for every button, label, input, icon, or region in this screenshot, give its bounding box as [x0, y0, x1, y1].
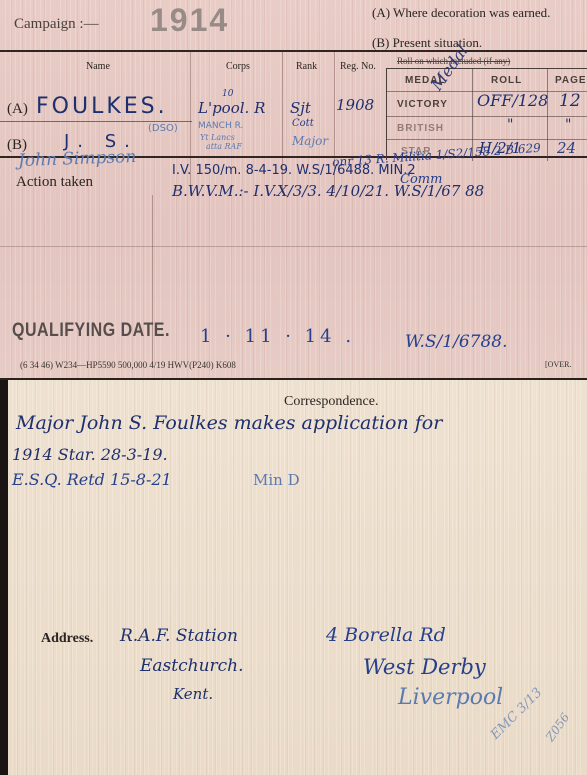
address-left-line-3: Kent.	[173, 685, 213, 703]
over-label: [OVER.	[545, 360, 571, 369]
medal-index-card-front: Campaign :— 1914 (A) Where decoration wa…	[0, 0, 587, 378]
forename-annotation: John Simpson	[18, 147, 137, 171]
column-header-rank: Rank	[296, 61, 317, 72]
header-rule	[0, 50, 587, 52]
action-line-2: B.W.V.M.:- I.V.X/3/3. 4/10/21. W.S/1/67 …	[172, 182, 484, 200]
qualifying-ref: W.S/1/6788.	[405, 332, 508, 352]
corps-battalion: 10	[222, 89, 233, 99]
address-left-line-2: Eastchurch.	[140, 656, 244, 676]
action-taken-label: Action taken	[16, 174, 93, 191]
roll-victory: OFF/128	[477, 91, 548, 110]
faint-rule	[0, 246, 587, 247]
where-earned-label: (A) Where decoration was earned.	[372, 5, 550, 21]
corps-a: L'pool. R	[198, 99, 265, 117]
corner-note-2: Z056	[543, 710, 572, 744]
rank-b-line1: Cott	[292, 118, 314, 129]
medal-british: BRITISH	[397, 123, 444, 134]
column-header-reg-no: Reg. No.	[340, 61, 376, 72]
column-header-name: Name	[86, 61, 110, 72]
correspondence-line-3: E.S.Q. Retd 15-8-21	[12, 470, 172, 489]
address-right-line-2: West Derby	[363, 655, 486, 679]
decoration-dso: (DSO)	[148, 123, 178, 134]
row-a-marker: (A)	[7, 101, 28, 118]
page-star: 24	[557, 139, 576, 157]
roll-british: "	[507, 117, 513, 133]
correspondence-line-1: Major John S. Foulkes makes application …	[16, 412, 442, 434]
correspondence-title: Correspondence.	[284, 394, 378, 410]
qualifying-date: 1 · 11 · 14 .	[200, 326, 355, 347]
corps-b-line3: atta RAF	[206, 142, 242, 151]
row-rule	[0, 121, 192, 122]
column-header-corps: Corps	[226, 61, 250, 72]
address-right-line-1: 4 Borella Rd	[326, 624, 446, 646]
page-british: "	[565, 117, 571, 133]
qualifying-date-label: QUALIFYING DATE.	[12, 320, 170, 342]
address-label: Address.	[41, 631, 93, 647]
min-note: Min D	[253, 471, 300, 489]
action-line-1: I.V. 150/m. 8-4-19. W.S/1/6488. MIN.2	[172, 163, 416, 178]
medal-roll-header-roll: ROLL	[491, 75, 522, 86]
corps-b-line1: MANCH R.	[198, 121, 243, 131]
page-victory: 12	[559, 91, 581, 111]
print-code: (6 34 46) W234—HP5590 500,000 4/19 HWV(P…	[20, 360, 236, 370]
surname: FOULKES.	[36, 94, 168, 119]
corps-b-line2: Yt Lancs	[200, 133, 235, 142]
rank-b-line2: Major	[292, 134, 328, 148]
address-right-line-3: Liverpool	[398, 685, 503, 710]
address-left-line-1: R.A.F. Station	[120, 626, 238, 646]
medal-roll-header-page: PAGE	[555, 75, 587, 86]
medal-victory: VICTORY	[397, 99, 448, 110]
rank-a: Sjt	[290, 99, 311, 117]
campaign-year-stamp: 1914	[150, 2, 229, 39]
correspondence-line-2: 1914 Star. 28-3-19.	[12, 445, 168, 464]
reg-no-a: 1908	[336, 96, 374, 114]
medal-index-card-back: Correspondence. Major John S. Foulkes ma…	[8, 380, 587, 775]
campaign-label: Campaign :—	[14, 16, 99, 33]
scan-edge	[0, 380, 8, 775]
